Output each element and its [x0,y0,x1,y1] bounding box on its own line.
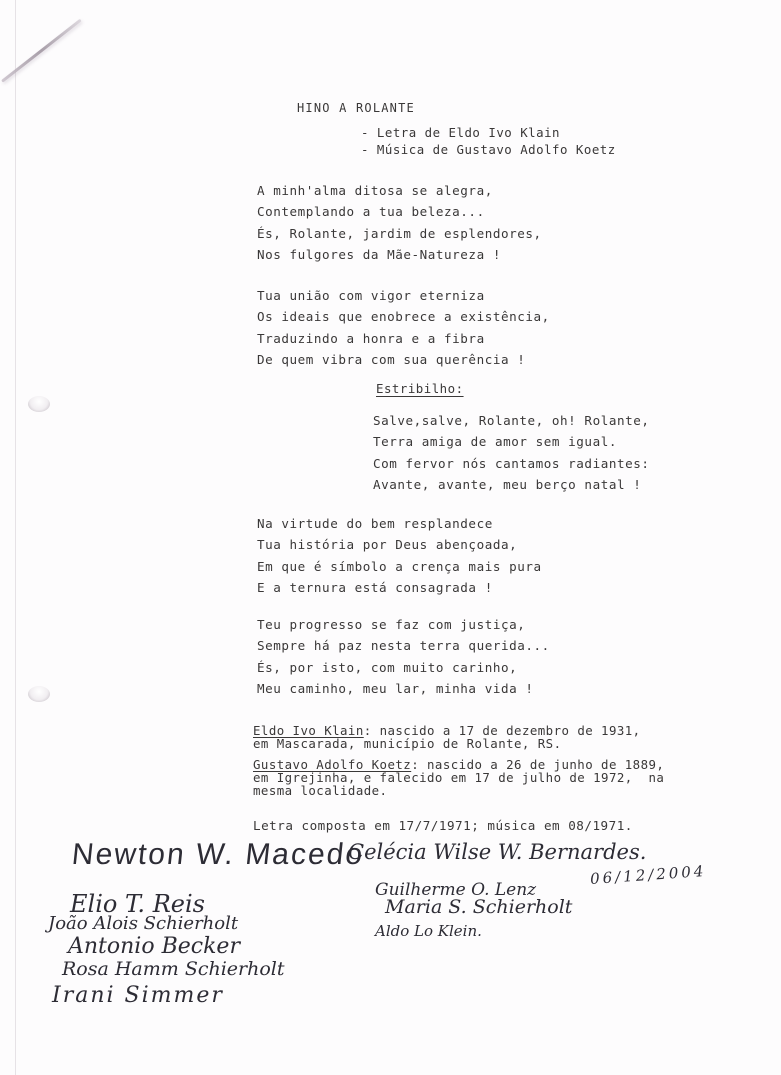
verse-line: Teu progresso se faz com justiça, [257,614,550,635]
stanza-3: Na virtude do bem resplandece Tua histór… [257,513,542,598]
music-credit: - Música de Gustavo Adolfo Koetz [361,142,616,157]
verse-line: E a ternura está consagrada ! [257,577,542,598]
verse-line: A minh'alma ditosa se alegra, [257,180,542,201]
verse-line: Traduzindo a honra e a fibra [257,328,550,349]
verse-line: Os ideais que enobrece a existência, [257,306,550,327]
document-page: HINO A ROLANTE - Letra de Eldo Ivo Klain… [0,0,781,1075]
signature-date: 06/12/2004 [590,862,707,888]
author-bio-lyricist: Eldo Ivo Klain: nascido a 17 de dezembro… [253,724,641,750]
signature: Maria S. Schierholt [385,896,572,918]
verse-line: Na virtude do bem resplandece [257,513,542,534]
lyricist-bio-rest: em Mascarada, município de Rolante, RS. [253,736,561,751]
page-fold-crease [1,19,82,83]
refrain-line: Avante, avante, meu berço natal ! [373,474,650,495]
signature: Newton W. Macedo [70,838,366,872]
stanza-1: A minh'alma ditosa se alegra, Contemplan… [257,180,542,265]
page-margin-line [15,0,16,1075]
verse-line: Nos fulgores da Mãe-Natureza ! [257,244,542,265]
refrain: Salve,salve, Rolante, oh! Rolante, Terra… [373,410,650,495]
signature: João Alois Schierholt [48,913,238,934]
stanza-2: Tua união com vigor eterniza Os ideais q… [257,285,550,370]
verse-line: Tua história por Deus abençoada, [257,534,542,555]
composer-bio-rest: em Igrejinha, e falecido em 17 de julho … [253,770,664,798]
verse-line: Meu caminho, meu lar, minha vida ! [257,678,550,699]
refrain-line: Com fervor nós cantamos radiantes: [373,453,650,474]
refrain-label: Estribilho: [376,381,464,396]
hymn-title: HINO A ROLANTE [297,101,415,115]
signature: Antonio Becker [68,934,240,959]
composition-dates: Letra composta em 17/7/1971; música em 0… [253,818,633,833]
verse-line: De quem vibra com sua querência ! [257,349,550,370]
verse-line: Tua união com vigor eterniza [257,285,550,306]
lyrics-credit: - Letra de Eldo Ivo Klain [361,125,560,140]
verse-line: Em que é símbolo a crença mais pura [257,556,542,577]
refrain-line: Terra amiga de amor sem igual. [373,431,650,452]
verse-line: És, Rolante, jardim de esplendores, [257,223,542,244]
signature: Celécia Wilse W. Bernardes. [348,840,646,864]
refrain-line: Salve,salve, Rolante, oh! Rolante, [373,410,650,431]
verse-line: Contemplando a tua beleza... [257,201,542,222]
stanza-4: Teu progresso se faz com justiça, Sempre… [257,614,550,699]
signature: Aldo Lo Klein. [375,922,482,940]
punch-hole-top [28,396,50,412]
verse-line: Sempre há paz nesta terra querida... [257,635,550,656]
punch-hole-bottom [28,686,50,702]
author-bio-composer: Gustavo Adolfo Koetz: nascido a 26 de ju… [253,758,664,797]
verse-line: És, por isto, com muito carinho, [257,657,550,678]
signature: Irani Simmer [52,983,224,1008]
signature: Rosa Hamm Schierholt [62,958,285,980]
